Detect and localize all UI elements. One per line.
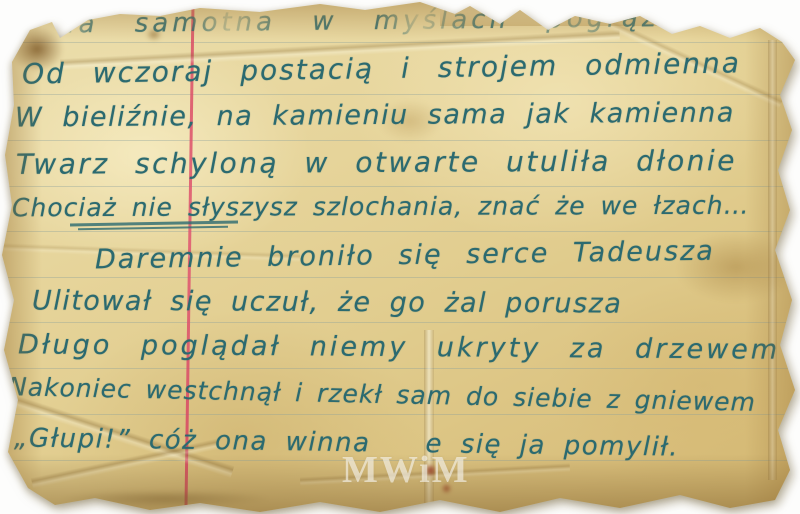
handwritten-line: Nakoniec westchnął i rzekł sam do siebie… (8, 372, 756, 417)
scanned-document: na samotna w myślach pogrążona Od wczora… (0, 0, 800, 514)
ruled-line (0, 94, 800, 95)
handwritten-line: Od wczoraj postacią i strojem odmienna (22, 46, 741, 90)
ruled-line (0, 42, 800, 43)
handwritten-line: Chociaż nie słyszysz szlochania, znać że… (12, 191, 750, 223)
handwritten-line: W bieliźnie, na kamieniu sama jak kamien… (15, 97, 735, 133)
handwritten-line: Twarz schyloną w otwarte utuliła dłonie (16, 144, 737, 181)
paper-shadow-wrap: na samotna w myślach pogrążona Od wczora… (0, 0, 800, 514)
ruled-line (0, 140, 800, 141)
ruled-line (0, 186, 800, 187)
handwritten-line: Długo poglądał niemy ukryty za drzewem (18, 329, 780, 365)
handwritten-line: Ulitował się uczuł, że go żal porusza (32, 285, 622, 319)
ruled-line (0, 322, 800, 323)
ruled-line (0, 277, 800, 278)
ruled-line (0, 368, 800, 369)
stain (60, 490, 270, 508)
handwritten-line: na samotna w myślach pogrążona (58, 3, 720, 40)
ruled-line (0, 231, 800, 232)
emphasis-underline (78, 226, 228, 231)
watermark: MWiM (342, 448, 470, 492)
paper-sheet: na samotna w myślach pogrążona Od wczora… (0, 0, 800, 514)
